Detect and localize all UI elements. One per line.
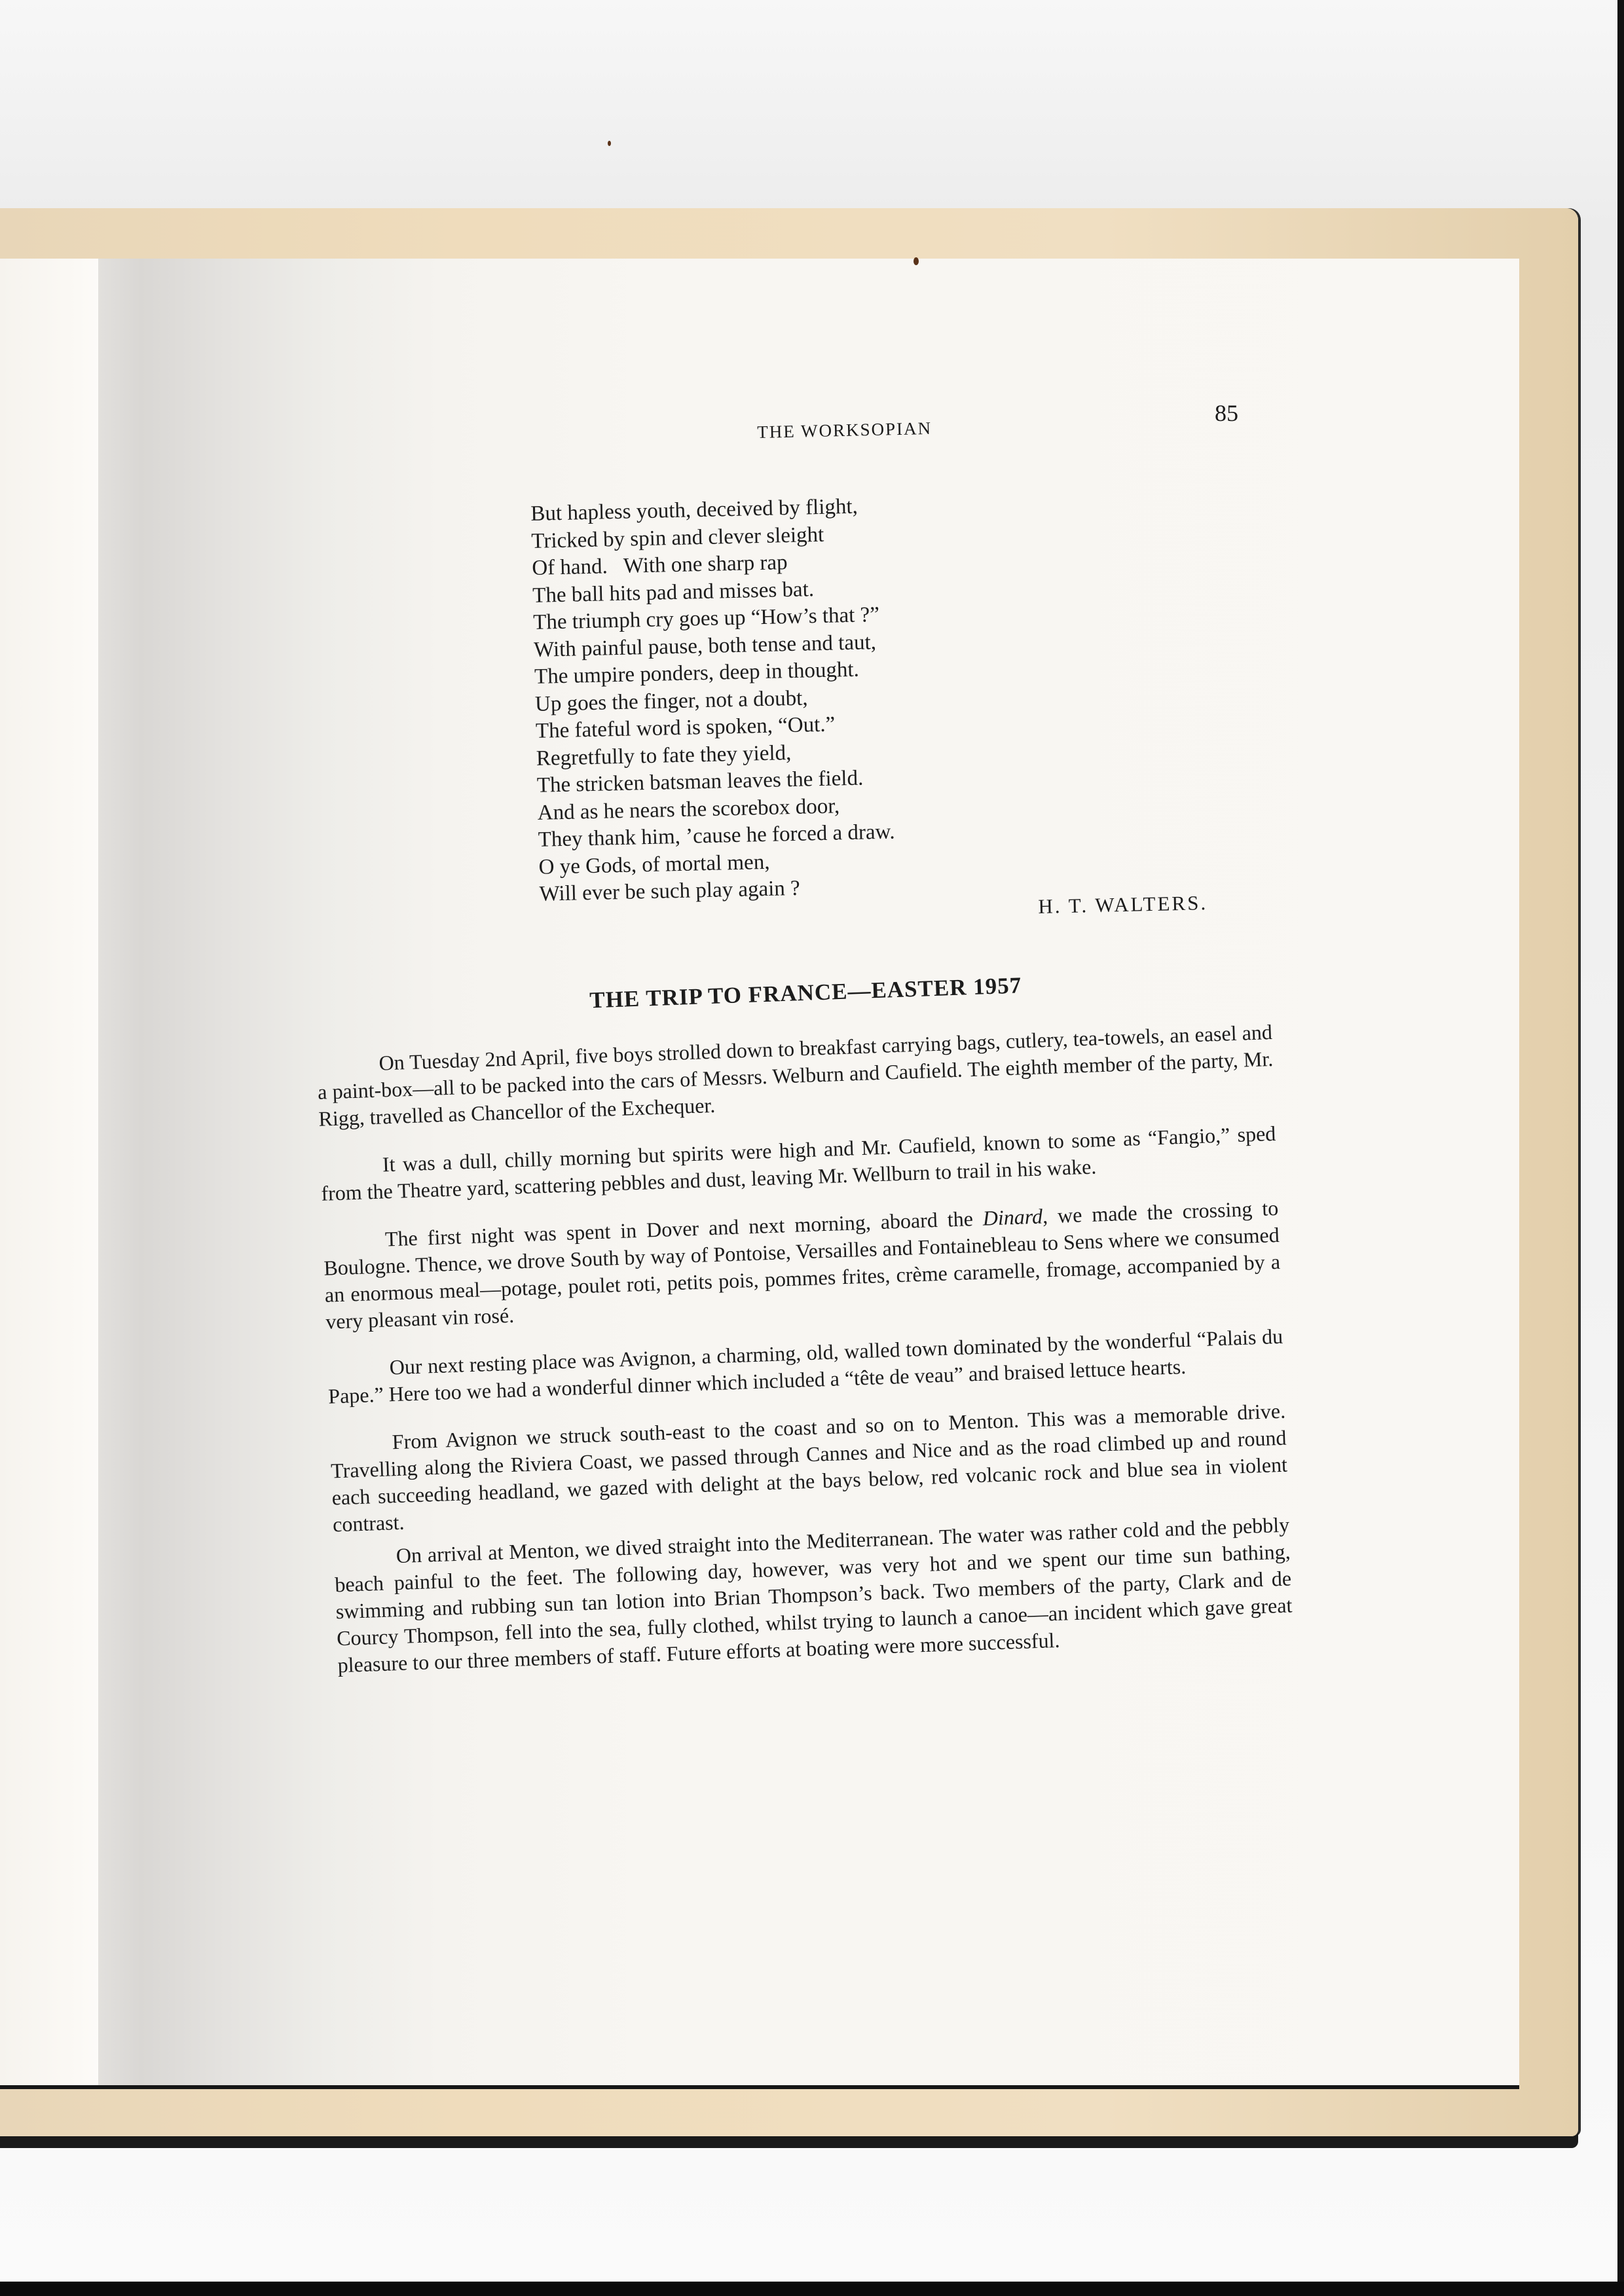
poem: But hapless youth, deceived by flight, T… xyxy=(530,489,1063,908)
page-number: 85 xyxy=(1215,399,1238,427)
scanner-edge-bottom xyxy=(0,2282,1624,2296)
article-paragraph: On Tuesday 2nd April, five boys strolled… xyxy=(316,1019,1274,1133)
right-page: THE WORKSOPIAN 85 But hapless youth, dec… xyxy=(98,259,1519,2089)
article-paragraph: Our next resting place was Avignon, a ch… xyxy=(327,1323,1284,1410)
article-paragraph: On arrival at Menton, we dived straight … xyxy=(333,1512,1293,1679)
page-content: THE WORKSOPIAN 85 But hapless youth, dec… xyxy=(98,259,1519,2085)
running-head: THE WORKSOPIAN xyxy=(757,418,932,443)
ink-smudge xyxy=(913,257,919,265)
article-title: THE TRIP TO FRANCE—EASTER 1957 xyxy=(314,964,1271,1023)
left-page xyxy=(0,259,111,2089)
article-paragraph: It was a dull, chilly morning but spirit… xyxy=(320,1120,1277,1207)
poem-author: H. T. WALTERS. xyxy=(1038,891,1208,919)
article: THE TRIP TO FRANCE—EASTER 1957 On Tuesda… xyxy=(314,964,1295,1700)
ship-name: Dinard xyxy=(982,1204,1043,1230)
scanner-edge-right xyxy=(1617,0,1624,2296)
article-paragraph: The first night was spent in Dover and n… xyxy=(322,1195,1282,1336)
ink-speck xyxy=(608,141,611,146)
